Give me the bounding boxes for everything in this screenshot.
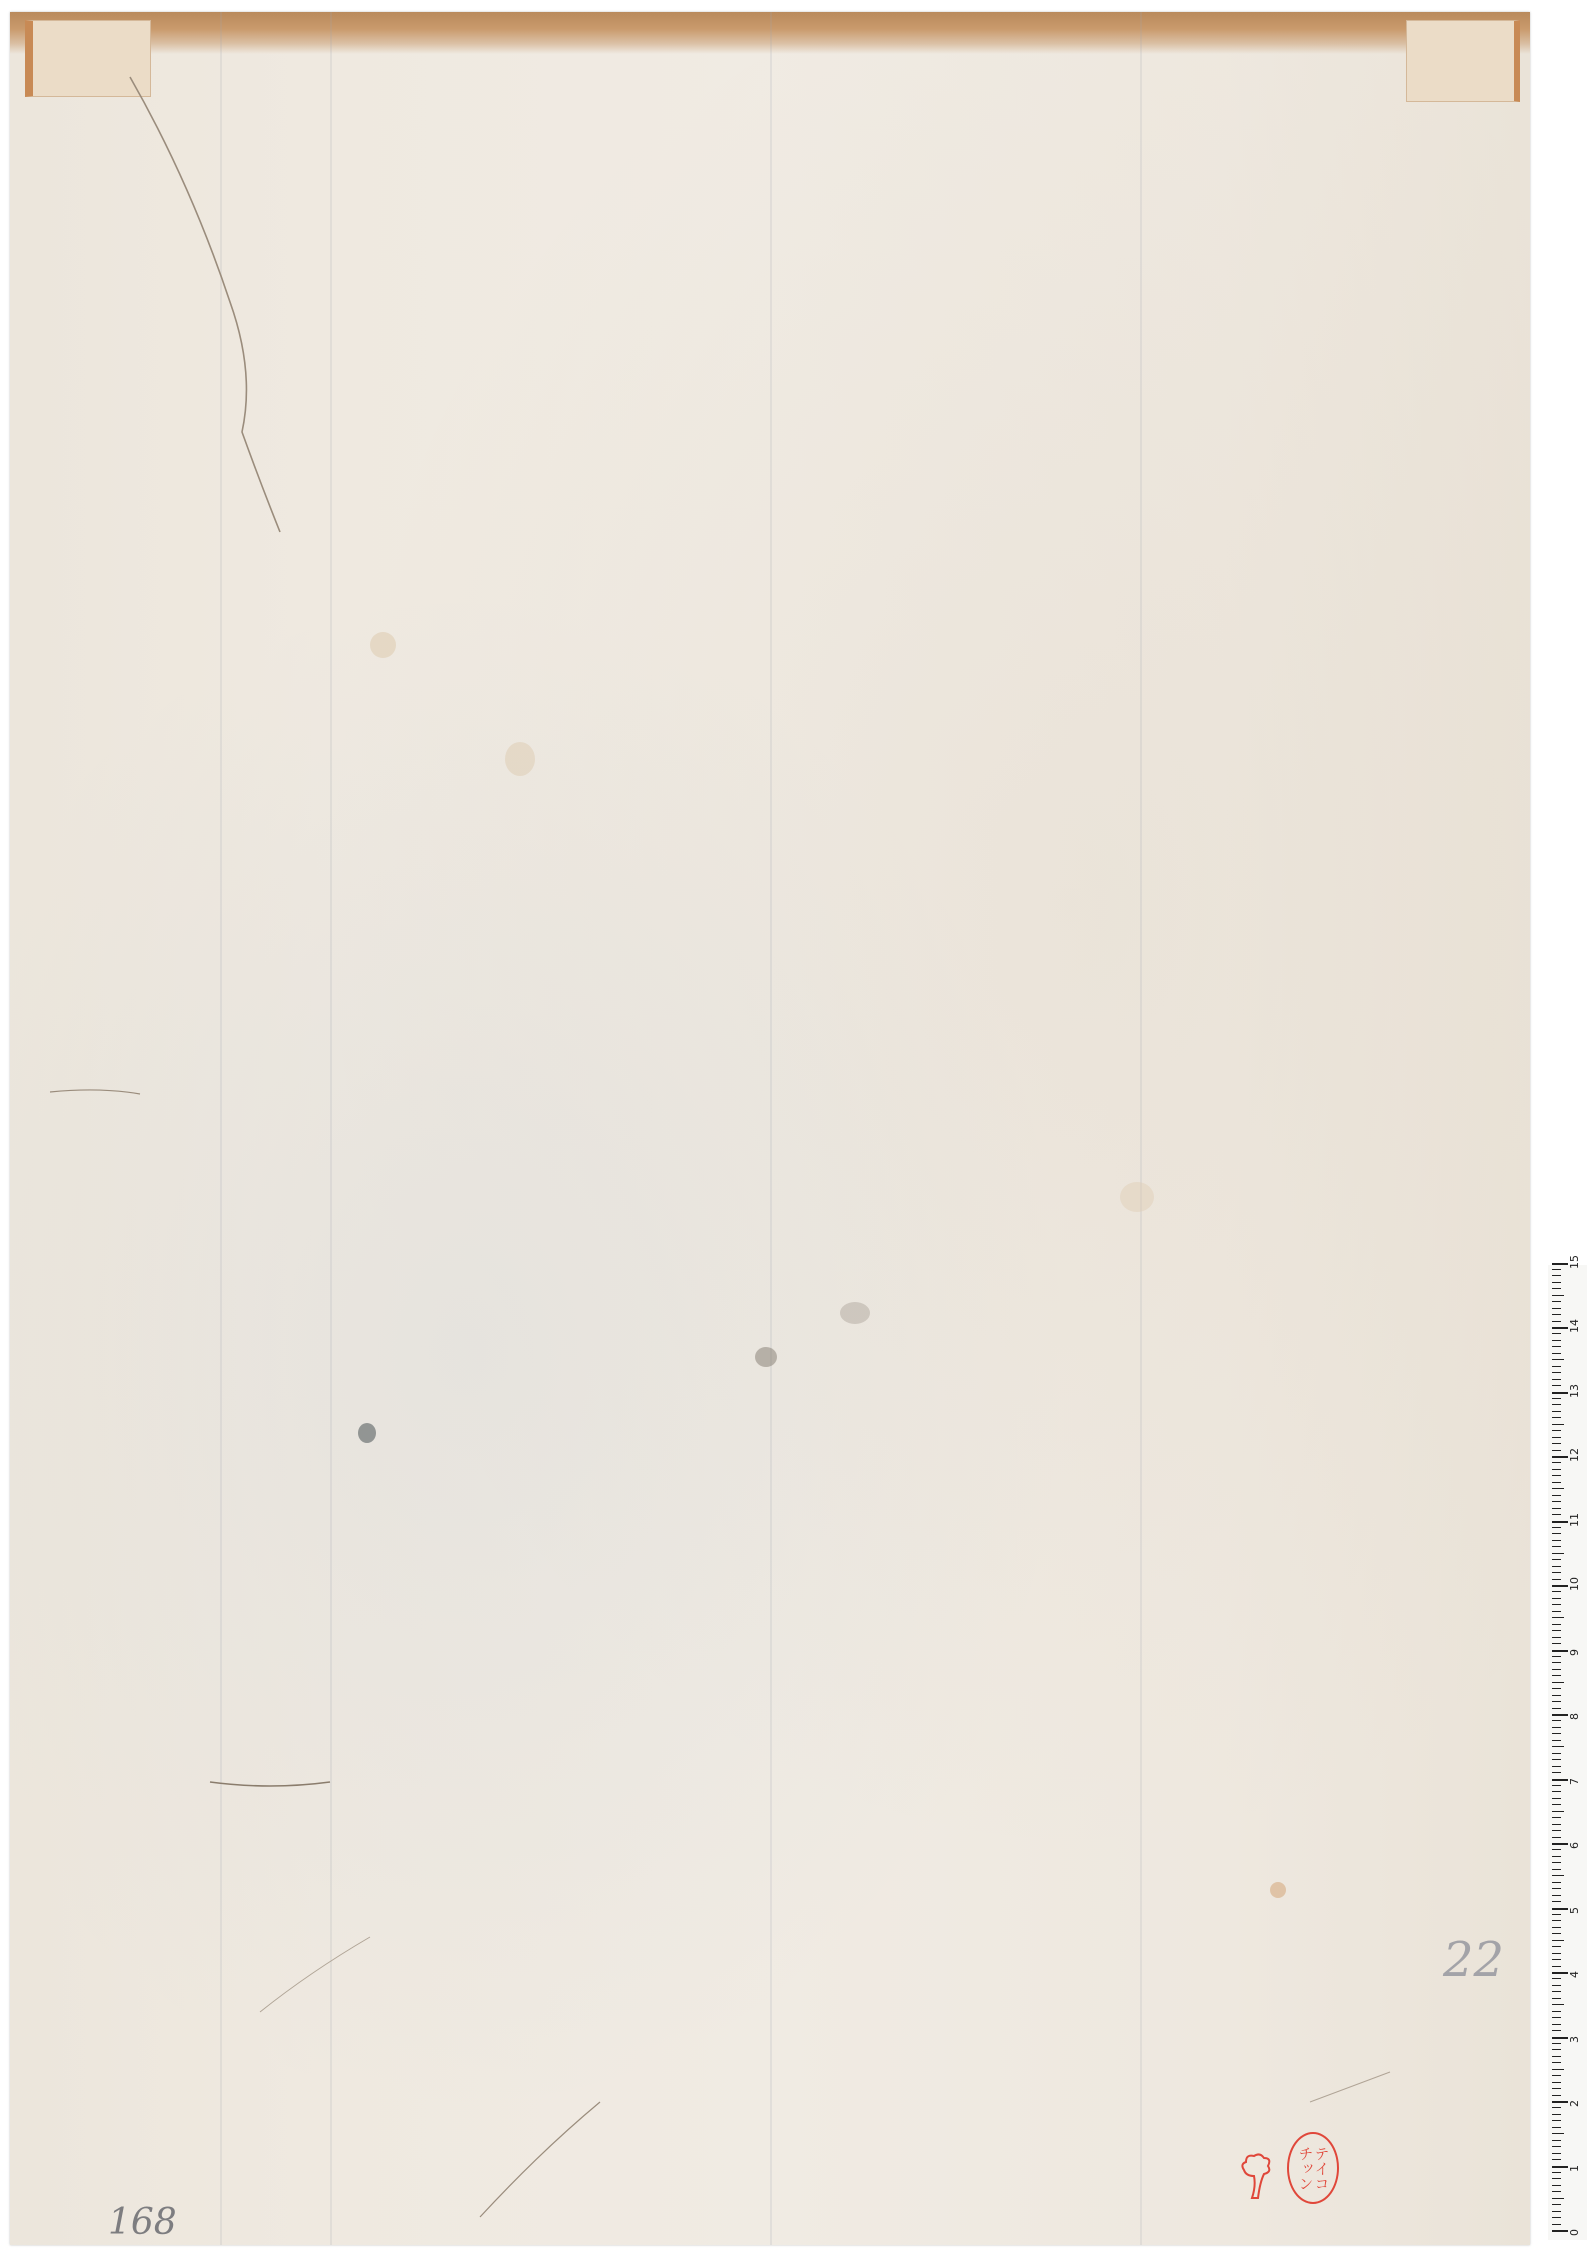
stain-spot [1270,1882,1286,1898]
ruler-tick [1552,2127,1561,2128]
ruler-tick [1552,1333,1561,1334]
ruler-tick [1552,1495,1561,1496]
ruler-tick [1552,1720,1561,1721]
ruler-tick [1552,1669,1561,1670]
ruler-tick [1552,1662,1561,1663]
mounting-hinge-right [1406,20,1520,102]
ruler-tick [1552,1501,1561,1502]
ruler-tick [1552,1263,1568,1265]
handwritten-page-number: 22 [1443,1932,1504,1988]
ruler-tick [1552,2082,1561,2083]
ruler-tick [1552,1585,1568,1587]
stain-spot [505,742,535,776]
ruler-tick [1552,1753,1561,1754]
ruler-tick [1552,2159,1561,2160]
ruler-tick [1552,2037,1568,2039]
ruler-tick [1552,1611,1561,1612]
ruler-tick [1552,1811,1564,1812]
ruler-tick [1552,1791,1561,1792]
ruler-tick [1552,2049,1561,2050]
ruler-tick [1552,1308,1561,1309]
ruler-tick [1552,1482,1561,1483]
ink-spot [358,1423,376,1443]
ruler-label: 0 [1568,2229,1581,2236]
ruler-tick [1552,1901,1561,1902]
ruler-tick [1552,2146,1561,2147]
ruler-tick [1552,1888,1561,1889]
paper-sheet: 22 168 [10,12,1530,2245]
ruler-tick [1552,2224,1561,2225]
ruler-label: 1 [1568,2165,1581,2172]
ruler-tick [1552,1417,1561,1418]
ruler-tick [1552,1269,1561,1270]
ruler-tick [1552,2069,1564,2070]
ruler-tick [1552,1766,1561,1767]
ruler-tick [1552,1908,1568,1910]
ruler-tick [1552,1675,1561,1676]
ruler-tick [1552,1895,1561,1896]
ruler-tick [1552,1379,1561,1380]
ruler-tick [1552,1953,1561,1954]
ruler-tick [1552,1295,1564,1296]
stain-spot [840,1302,870,1324]
ruler-tick [1552,1462,1561,1463]
ruler-tick [1552,1772,1561,1773]
ruler-tick [1552,2185,1561,2186]
ruler-tick [1552,2107,1561,2108]
stain-spot [370,632,396,658]
ruler-tick [1552,1759,1561,1760]
ruler-tick [1552,1927,1561,1928]
ruler-tick [1552,1798,1561,1799]
ruler-tick [1552,2204,1561,2205]
ruler-tick [1552,1359,1564,1360]
ruler-tick [1552,1946,1561,1947]
ruler-tick [1552,1630,1561,1631]
collector-seal: テイコ チッン [1287,2132,1339,2204]
ruler-tick [1552,1933,1561,1934]
ruler-tick [1552,1824,1561,1825]
ruler-tick [1552,1837,1561,1838]
ruler-tick [1552,1450,1561,1451]
ruler-tick [1552,1991,1561,1992]
mounting-hinge-left [25,20,151,97]
ruler-tick [1552,2011,1561,2012]
ruler-tick [1552,1650,1568,1652]
ruler-tick [1552,1508,1561,1509]
ruler-label: 8 [1568,1713,1581,1720]
ruler-tick [1552,1688,1561,1689]
fold-line [770,12,772,2245]
ruler-tick [1552,1353,1561,1354]
fold-line [220,12,222,2245]
ruler-tick [1552,1637,1561,1638]
ruler-tick [1552,2217,1561,2218]
ruler-tick [1552,2062,1561,2063]
ruler-tick [1552,1553,1564,1554]
ruler-tick [1552,1733,1561,1734]
ruler-tick [1552,1469,1561,1470]
ruler-tick [1552,1882,1561,1883]
ruler-tick [1552,1579,1561,1580]
ruler-label: 13 [1568,1384,1581,1398]
ruler-tick [1552,1540,1561,1541]
fold-line [330,12,332,2245]
ruler-label: 5 [1568,1907,1581,1914]
ruler-tick [1552,2191,1561,2192]
ruler-tick [1552,2075,1561,2076]
ruler-tick [1552,1527,1561,1528]
ruler-tick [1552,1856,1561,1857]
ruler-tick [1552,1746,1564,1747]
ruler-tick [1552,1779,1568,1781]
ruler-tick [1552,2230,1568,2232]
ruler-tick [1552,1998,1561,1999]
ruler-tick [1552,2004,1564,2005]
ruler-tick [1552,2211,1561,2212]
ruler-tick [1552,1869,1561,1870]
ruler-tick [1552,1978,1561,1979]
ruler-label: 2 [1568,2100,1581,2107]
ruler-tick [1552,1430,1561,1431]
ruler-label: 3 [1568,2036,1581,2043]
ruler-tick [1552,1546,1561,1547]
ruler-label: 14 [1568,1319,1581,1333]
ruler-tick [1552,2056,1561,2057]
ruler-tick [1552,2140,1561,2141]
ruler-tick [1552,2030,1561,2031]
ruler-label: 10 [1568,1577,1581,1591]
ruler-tick [1552,1591,1561,1592]
ruler-label: 15 [1568,1255,1581,1269]
measuring-ruler: 0123456789101112131415 [1548,1265,1587,2240]
ruler-tick [1552,1288,1561,1289]
ruler-tick [1552,1966,1561,1967]
ruler-tick [1552,2017,1561,2018]
ruler-tick [1552,2198,1564,2199]
ruler-tick [1552,1282,1561,1283]
ruler-tick [1552,1559,1561,1560]
ruler-tick [1552,1314,1561,1315]
ruler-tick [1552,1643,1561,1644]
stain-spot [1120,1182,1154,1212]
ruler-label: 4 [1568,1971,1581,1978]
ruler-tick [1552,1398,1561,1399]
ruler-tick [1552,1533,1561,1534]
ruler-tick [1552,1875,1564,1876]
ruler-tick [1552,2024,1561,2025]
ruler-tick [1552,1301,1561,1302]
ruler-label: 9 [1568,1649,1581,1656]
ruler-tick [1552,1488,1564,1489]
ruler-tick [1552,1566,1561,1567]
ruler-tick [1552,1424,1564,1425]
ruler-tick [1552,1843,1568,1845]
ruler-tick [1552,2153,1561,2154]
ruler-tick [1552,1340,1561,1341]
stain-spot [755,1347,777,1367]
ruler-label: 6 [1568,1842,1581,1849]
ruler-tick [1552,1920,1561,1921]
ruler-tick [1552,1985,1561,1986]
ruler-tick [1552,1740,1561,1741]
ruler-tick [1552,2101,1568,2103]
seal-text: テイコ [1314,2146,1329,2191]
ruler-tick [1552,2133,1564,2134]
ruler-tick [1552,1385,1561,1386]
ruler-tick [1552,1830,1561,1831]
ruler-tick [1552,1624,1561,1625]
ruler-tick [1552,1817,1561,1818]
ruler-tick [1552,1321,1561,1322]
ruler-tick [1552,1959,1561,1960]
ruler-tick [1552,1804,1561,1805]
ruler-tick [1552,1785,1561,1786]
ruler-tick [1552,1617,1564,1618]
ruler-tick [1552,1972,1568,1974]
ruler-tick [1552,1682,1564,1683]
ruler-tick [1552,1372,1561,1373]
ruler-tick [1552,2114,1561,2115]
ruler-tick [1552,1411,1561,1412]
ruler-tick [1552,1940,1564,1941]
ruler-tick [1552,1572,1561,1573]
ruler-tick [1552,1443,1561,1444]
ruler-tick [1552,1404,1561,1405]
ruler-tick [1552,1392,1568,1394]
ruler-tick [1552,1366,1561,1367]
ruler-tick [1552,1598,1561,1599]
ruler-tick [1552,2172,1561,2173]
ruler-tick [1552,1521,1568,1523]
fold-line [1140,12,1142,2245]
ruler-tick [1552,2088,1561,2089]
ruler-tick [1552,1701,1561,1702]
handwritten-inventory-number: 168 [108,2202,177,2243]
ruler-label: 12 [1568,1448,1581,1462]
ruler-tick [1552,2166,1568,2168]
collector-mark-icon [1238,2150,1274,2200]
ruler-tick [1552,1862,1561,1863]
ruler-tick [1552,1275,1561,1276]
ruler-tick [1552,1714,1568,1716]
ruler-tick [1552,2178,1561,2179]
ruler-tick [1552,1514,1561,1515]
ruler-tick [1552,1914,1561,1915]
ruler-label: 7 [1568,1778,1581,1785]
ruler-tick [1552,1327,1568,1329]
ruler-tick [1552,1475,1561,1476]
ruler-label: 11 [1568,1513,1581,1527]
ruler-tick [1552,1456,1568,1458]
seal-text: チッン [1298,2146,1313,2191]
ruler-tick [1552,2120,1561,2121]
ruler-tick [1552,2095,1561,2096]
ruler-tick [1552,1346,1561,1347]
ruler-tick [1552,1656,1561,1657]
ruler-tick [1552,1849,1561,1850]
ruler-tick [1552,1604,1561,1605]
ruler-tick [1552,1437,1561,1438]
ruler-tick [1552,2043,1561,2044]
ruler-tick [1552,1727,1561,1728]
ruler-tick [1552,1708,1561,1709]
ruler-tick [1552,1695,1561,1696]
